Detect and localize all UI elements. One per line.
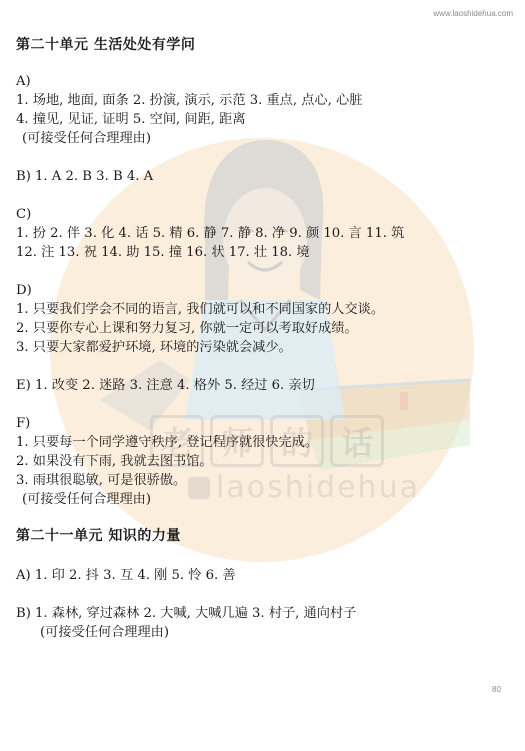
unit-20-section-a-note: (可接受任何合理理由)	[16, 129, 151, 148]
unit-20-section-c-line-1: 1. 扮 2. 伴 3. 化 4. 话 5. 精 6. 静 7. 静 8. 净 …	[16, 224, 404, 243]
site-url: www.laoshidehua.com	[433, 9, 513, 18]
unit-20-section-f-item-1: 1. 只要每一个同学遵守秩序, 登记程序就很快完成。	[16, 433, 318, 452]
unit-20-section-a-label: A)	[16, 72, 31, 91]
unit-20-section-f-item-2: 2. 如果没有下雨, 我就去图书馆。	[16, 452, 213, 471]
unit-20-section-a-line-2: 4. 撞见, 见证, 证明 5. 空间, 间距, 距离	[16, 110, 246, 129]
facebook-icon	[188, 477, 210, 499]
unit-20-section-d-label: D)	[16, 281, 32, 300]
unit-20-section-e: E) 1. 改变 2. 迷路 3. 注意 4. 格外 5. 经过 6. 亲切	[16, 376, 315, 395]
unit-20-section-f-item-3: 3. 雨琪很聪敏, 可是很骄傲。	[16, 471, 186, 490]
unit-20-section-d-item-2: 2. 只要你专心上课和努力复习, 你就一定可以考取好成绩。	[16, 319, 358, 338]
unit-20-section-b: B) 1. A 2. B 3. B 4. A	[16, 167, 153, 186]
unit-21-section-b-note: (可接受任何合理理由)	[16, 623, 169, 642]
page-number: 80	[492, 685, 501, 694]
unit-21-section-a: A) 1. 印 2. 抖 3. 互 4. 刚 5. 怜 6. 善	[16, 566, 236, 585]
unit-20-section-d-item-3: 3. 只要大家都爱护环境, 环境的污染就会减少。	[16, 338, 292, 357]
unit-20-section-f-label: F)	[16, 414, 30, 433]
unit-20-title: 第二十单元 生活处处有学问	[16, 36, 195, 55]
unit-20-section-c-label: C)	[16, 205, 31, 224]
watermark-english-text: laoshidehua	[216, 470, 420, 505]
unit-20-section-f-note: (可接受任何合理理由)	[16, 490, 151, 509]
unit-21-section-b-line-1: B) 1. 森林, 穿过森林 2. 大喊, 大喊几遍 3. 村子, 通向村子	[16, 604, 356, 623]
unit-20-section-a-line-1: 1. 场地, 地面, 面条 2. 扮演, 演示, 示范 3. 重点, 点心, 心…	[16, 91, 362, 110]
unit-21-title: 第二十一单元 知识的力量	[16, 527, 181, 546]
unit-20-section-d-item-1: 1. 只要我们学会不同的语言, 我们就可以和不同国家的人交谈。	[16, 300, 384, 319]
watermark-char: 话	[330, 415, 384, 467]
watermark-logo-en: laoshidehua	[188, 470, 420, 505]
unit-20-section-c-line-2: 12. 注 13. 祝 14. 助 15. 撞 16. 状 17. 壮 18. …	[16, 243, 310, 262]
